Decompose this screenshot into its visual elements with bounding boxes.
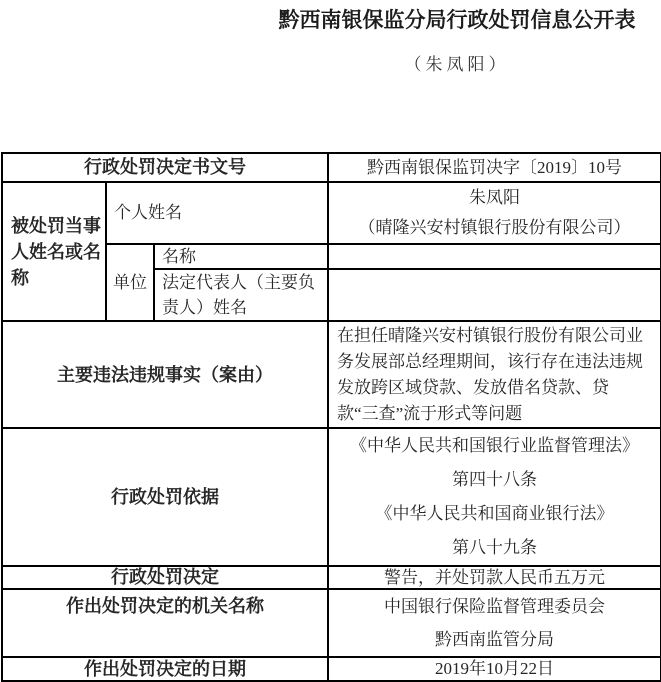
row-decision: 行政处罚决定 警告，并处罚款人民币五万元 [2,566,661,589]
row-facts: 主要违法违规事实（案由） 在担任晴隆兴安村镇银行股份有限公司业 务发展部总经理期… [2,321,661,428]
authority-label: 作出处罚决定的机关名称 [2,589,328,657]
page-title: 黔西南银保监分局行政处罚信息公开表 [253,8,661,33]
basis-value: 《中华人民共和国银行业监督管理法》 第四十八条 《中华人民共和国商业银行法》 第… [328,428,661,566]
individual-name-label: 个人姓名 [106,182,328,244]
unit-name-label: 名称 [154,244,328,269]
facts-value: 在担任晴隆兴安村镇银行股份有限公司业 务发展部总经理期间，该行存在违法违规 发放… [328,321,661,428]
row-doc-number: 行政处罚决定书文号 黔西南银保监罚决字〔2019〕10号 [2,153,661,182]
legal-rep-label: 法定代表人（主要负责人）姓名 [154,269,328,321]
legal-rep-value [328,269,661,321]
authority-value: 中国银行保险监督管理委员会 黔西南监管分局 [328,589,661,657]
row-date: 作出处罚决定的日期 2019年10月22日 [2,657,661,681]
row-authority: 作出处罚决定的机关名称 中国银行保险监督管理委员会 黔西南监管分局 [2,589,661,657]
decision-value: 警告，并处罚款人民币五万元 [328,566,661,589]
date-value: 2019年10月22日 [328,657,661,681]
individual-name-value: 朱凤阳 （晴隆兴安村镇银行股份有限公司） [328,182,661,244]
party-label: 被处罚当事人姓名或名称 [2,182,106,321]
doc-number-label: 行政处罚决定书文号 [2,153,328,182]
basis-label: 行政处罚依据 [2,428,328,566]
unit-label: 单位 [106,244,154,321]
unit-name-value [328,244,661,269]
decision-label: 行政处罚决定 [2,566,328,589]
row-basis: 行政处罚依据 《中华人民共和国银行业监督管理法》 第四十八条 《中华人民共和国商… [2,428,661,566]
doc-number-value: 黔西南银保监罚决字〔2019〕10号 [328,153,661,182]
date-label: 作出处罚决定的日期 [2,657,328,681]
page-subtitle: （朱凤阳） [253,56,661,74]
row-individual-name: 被处罚当事人姓名或名称 个人姓名 朱凤阳 （晴隆兴安村镇银行股份有限公司） [2,182,661,244]
facts-label: 主要违法违规事实（案由） [2,321,328,428]
penalty-table: 行政处罚决定书文号 黔西南银保监罚决字〔2019〕10号 被处罚当事人姓名或名称… [1,152,661,682]
